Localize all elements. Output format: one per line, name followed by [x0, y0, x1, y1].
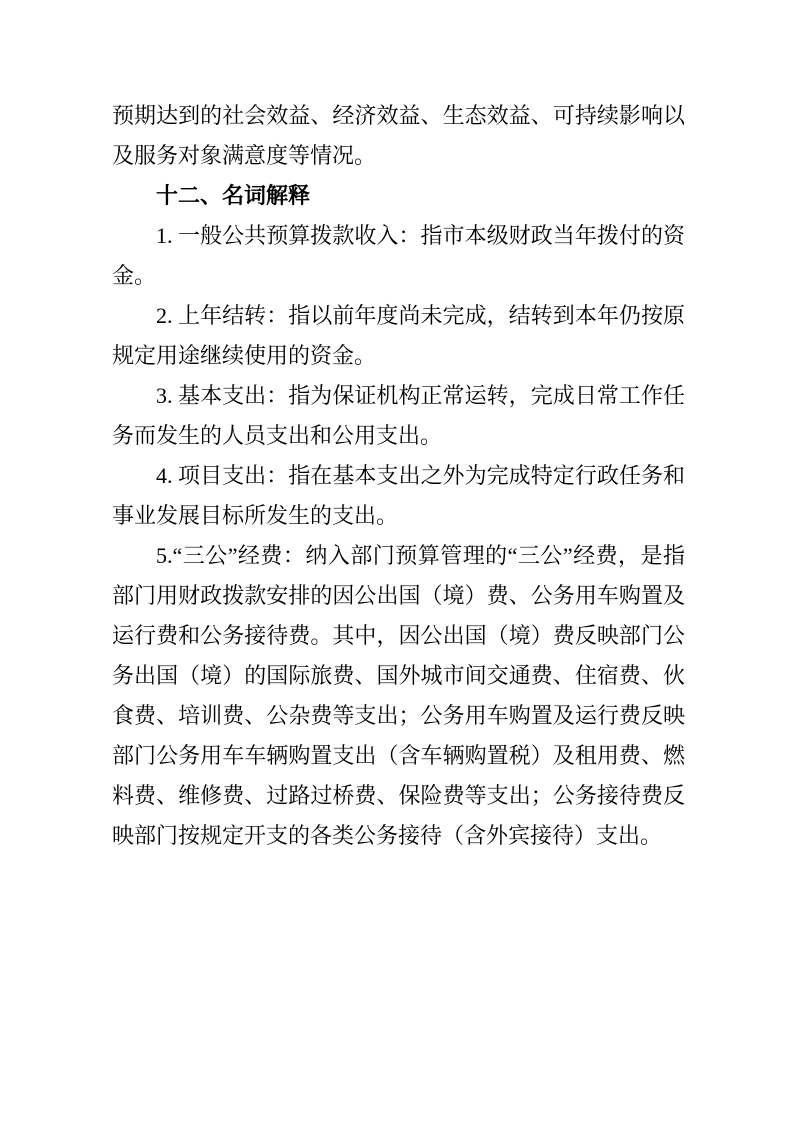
term-definition-3: 3. 基本支出：指为保证机构正常运转，完成日常工作任务而发生的人员支出和公用支出… [112, 376, 685, 456]
term-definition-2: 2. 上年结转：指以前年度尚未完成，结转到本年仍按原规定用途继续使用的资金。 [112, 296, 685, 376]
page-content: 预期达到的社会效益、经济效益、生态效益、可持续影响以及服务对象满意度等情况。 十… [112, 96, 685, 856]
term-definition-5: 5.“三公”经费：纳入部门预算管理的“三公”经费，是指部门用财政拨款安排的因公出… [112, 536, 685, 856]
paragraph-continuation: 预期达到的社会效益、经济效益、生态效益、可持续影响以及服务对象满意度等情况。 [112, 96, 685, 176]
term-definition-4: 4. 项目支出：指在基本支出之外为完成特定行政任务和事业发展目标所发生的支出。 [112, 456, 685, 536]
document-page: 预期达到的社会效益、经济效益、生态效益、可持续影响以及服务对象满意度等情况。 十… [0, 0, 793, 1122]
term-definition-1: 1. 一般公共预算拨款收入：指市本级财政当年拨付的资金。 [112, 216, 685, 296]
section-heading: 十二、名词解释 [112, 176, 685, 216]
